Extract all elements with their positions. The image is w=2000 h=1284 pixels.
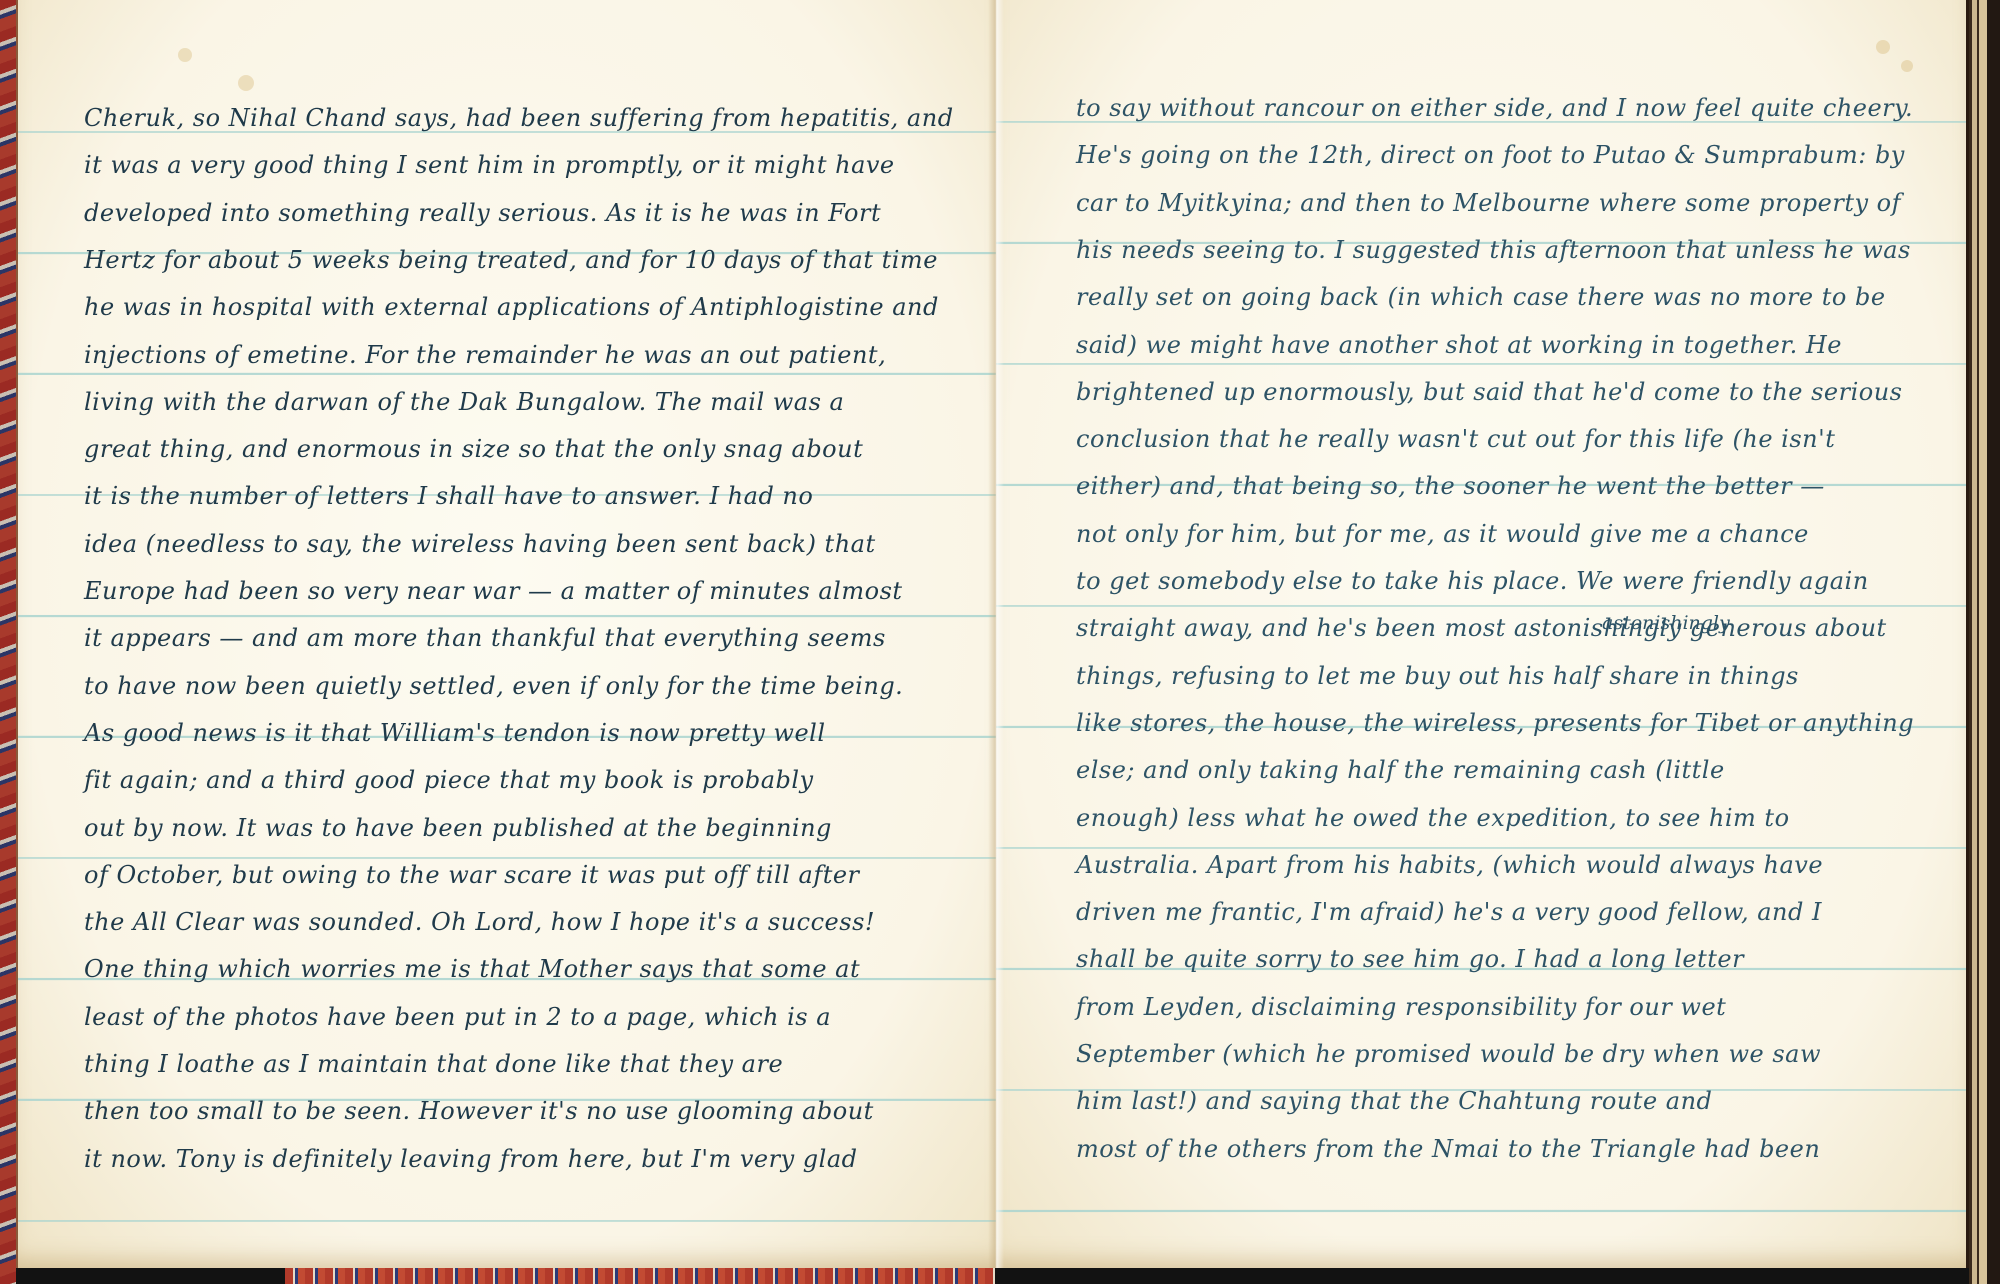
handwritten-line: like stores, the house, the wireless, pr… [1076, 709, 1914, 737]
handwritten-line: the All Clear was sounded. Oh Lord, how … [84, 908, 875, 936]
left-page: Cheruk, so Nihal Chand says, had been su… [16, 0, 998, 1268]
handwritten-line: idea (needless to say, the wireless havi… [84, 530, 876, 558]
handwritten-line: else; and only taking half the remaining… [1076, 756, 1725, 784]
foxing-stain [178, 48, 192, 62]
handwritten-line: fit again; and a third good piece that m… [84, 766, 814, 794]
handwritten-line: most of the others from the Nmai to the … [1076, 1135, 1820, 1163]
marbled-edge-left [0, 0, 16, 1284]
interlinear-insertion: astonishingly [1602, 612, 1730, 634]
foxing-stain [1876, 40, 1890, 54]
handwritten-line: injections of emetine. For the remainder… [84, 341, 886, 369]
handwritten-line: September (which he promised would be dr… [1076, 1040, 1821, 1068]
handwritten-line: brightened up enormously, but said that … [1076, 378, 1903, 406]
handwritten-line: said) we might have another shot at work… [1076, 331, 1842, 359]
handwritten-line: thing I loathe as I maintain that done l… [84, 1050, 783, 1078]
handwritten-line: great thing, and enormous in size so tha… [84, 435, 863, 463]
handwritten-line: One thing which worries me is that Mothe… [84, 955, 860, 983]
handwritten-line: him last!) and saying that the Chahtung … [1076, 1087, 1712, 1115]
handwritten-line: to have now been quietly settled, even i… [84, 672, 903, 700]
handwritten-line: it was a very good thing I sent him in p… [84, 151, 895, 179]
handwritten-line: Australia. Apart from his habits, (which… [1076, 851, 1823, 879]
handwritten-line: things, refusing to let me buy out his h… [1076, 662, 1799, 690]
handwritten-line: conclusion that he really wasn't cut out… [1076, 425, 1835, 453]
right-page: to say without rancour on either side, a… [996, 0, 1969, 1268]
marbled-edge-bottom [285, 1268, 995, 1284]
handwritten-line: either) and, that being so, the sooner h… [1076, 472, 1825, 500]
handwritten-line: Cheruk, so Nihal Chand says, had been su… [84, 104, 954, 132]
handwritten-line: to get somebody else to take his place. … [1076, 567, 1869, 595]
handwritten-line: it now. Tony is definitely leaving from … [84, 1145, 857, 1173]
handwritten-line: Europe had been so very near war — a mat… [84, 577, 903, 605]
handwritten-line: driven me frantic, I'm afraid) he's a ve… [1076, 898, 1822, 926]
handwritten-line: least of the photos have been put in 2 t… [84, 1003, 831, 1031]
handwritten-line: living with the darwan of the Dak Bungal… [84, 388, 844, 416]
handwritten-line: As good news is it that William's tendon… [84, 719, 826, 747]
handwritten-line: then too small to be seen. However it's … [84, 1097, 874, 1125]
book-spine-gutter [988, 0, 1004, 1268]
handwritten-line: straight away, and he's been most astoni… [1076, 614, 1887, 642]
handwritten-line: of October, but owing to the war scare i… [84, 861, 860, 889]
handwritten-line: out by now. It was to have been publishe… [84, 814, 832, 842]
handwritten-line: enough) less what he owed the expedition… [1076, 804, 1790, 832]
handwritten-line: Hertz for about 5 weeks being treated, a… [84, 246, 938, 274]
handwritten-line: developed into something really serious.… [84, 199, 881, 227]
handwritten-line: to say without rancour on either side, a… [1076, 94, 1913, 122]
handwritten-line: shall be quite sorry to see him go. I ha… [1076, 945, 1744, 973]
foxing-stain [1901, 60, 1913, 72]
foxing-stain [238, 75, 254, 91]
handwritten-line: car to Myitkyina; and then to Melbourne … [1076, 189, 1901, 217]
handwritten-line: from Leyden, disclaiming responsibility … [1076, 993, 1726, 1021]
handwritten-line: He's going on the 12th, direct on foot t… [1076, 141, 1905, 169]
handwritten-line: not only for him, but for me, as it woul… [1076, 520, 1809, 548]
handwritten-line: his needs seeing to. I suggested this af… [1076, 236, 1911, 264]
book-cover-edge-right [1969, 0, 2000, 1284]
handwritten-line: he was in hospital with external applica… [84, 293, 939, 321]
handwritten-line: it appears — and am more than thankful t… [84, 624, 886, 652]
handwritten-line: it is the number of letters I shall have… [84, 482, 813, 510]
handwritten-line: really set on going back (in which case … [1076, 283, 1886, 311]
